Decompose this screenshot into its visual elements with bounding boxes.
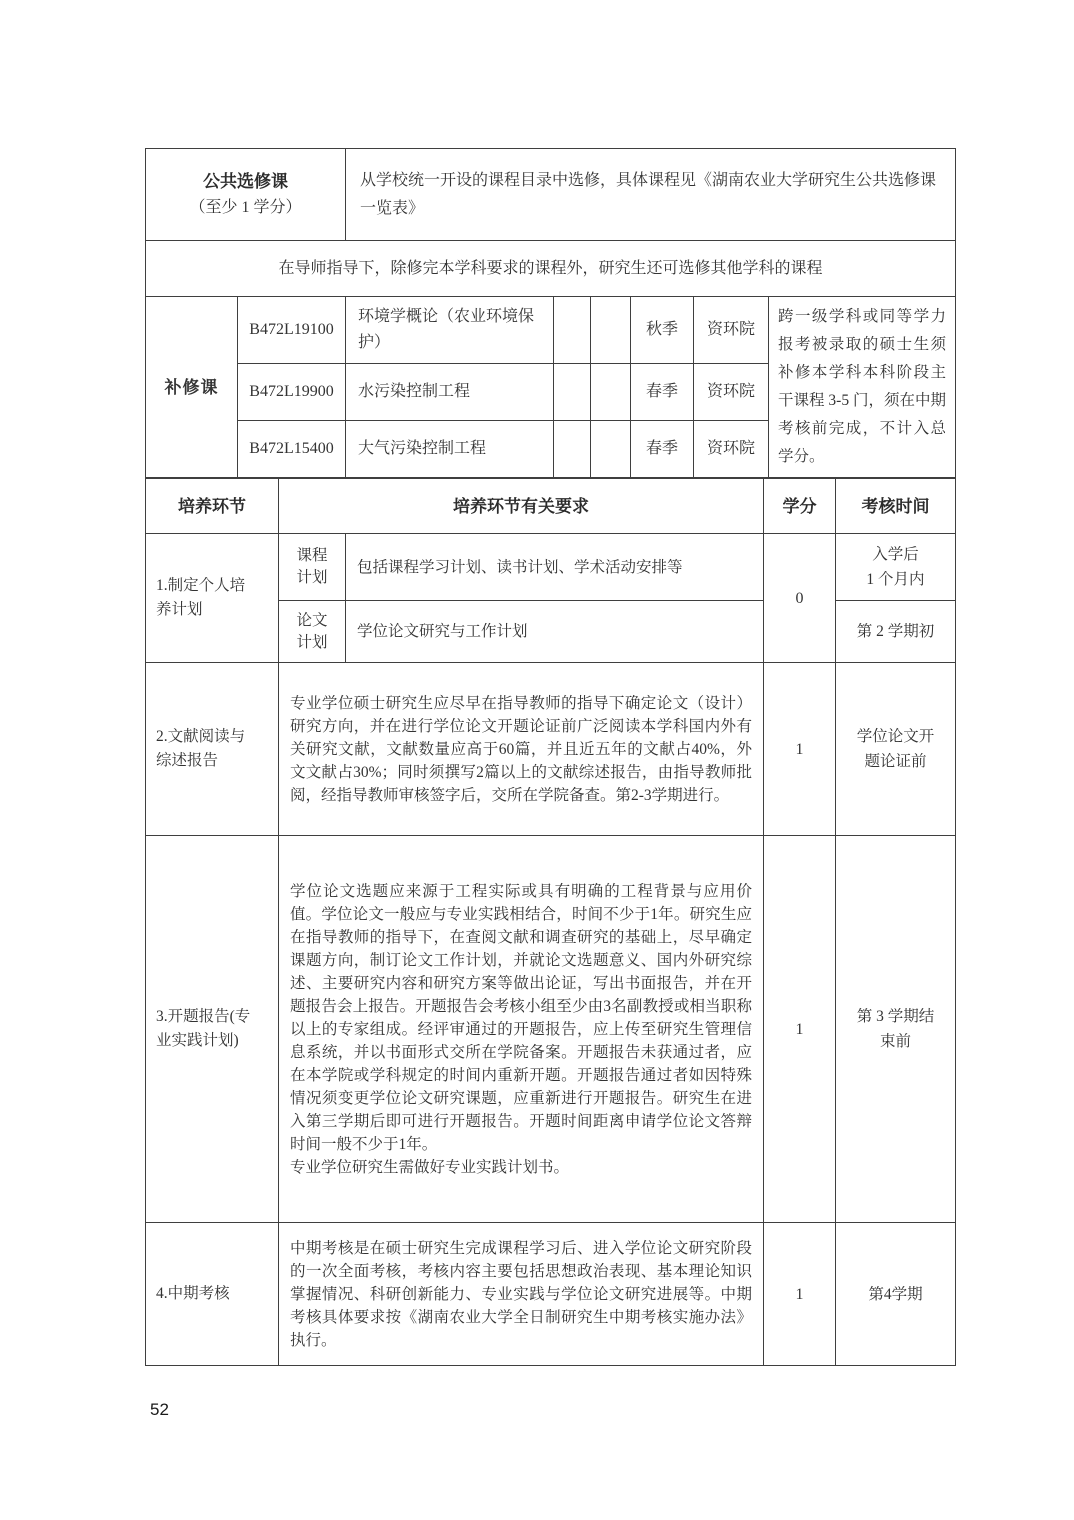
midterm-requirement-text: 中期考核是在硕士研究生完成课程学习后、进入学位论文研究阶段的一次全面考核，考核内…	[279, 1223, 764, 1366]
header-credits: 学分	[764, 479, 836, 534]
document-page: { "page_number": "52", "upper": { "publi…	[0, 0, 1074, 1520]
empty-cell	[554, 363, 591, 420]
header-assessment-time: 考核时间	[836, 479, 956, 534]
course-term: 春季	[631, 420, 694, 477]
stage-label: 1.制定个人培 养计划	[146, 534, 279, 663]
public-elective-title: 公共选修课	[154, 169, 337, 195]
stage-credits: 1	[764, 836, 836, 1223]
course-name: 大气污染控制工程	[346, 420, 554, 477]
stage-row-midterm: 4.中期考核 中期考核是在硕士研究生完成课程学习后、进入学位论文研究阶段的一次全…	[146, 1223, 956, 1366]
advisor-note-row: 在导师指导下，除修完本学科要求的课程外，研究生还可选修其他学科的课程	[146, 241, 956, 297]
stage-row-literature: 2.文献阅读与 综述报告 专业学位硕士研究生应尽早在指导教师的指导下确定论文（设…	[146, 663, 956, 836]
assessment-time: 第 2 学期初	[836, 601, 956, 663]
assessment-time: 第 3 学期结 束前	[836, 836, 956, 1223]
empty-cell	[591, 297, 631, 364]
course-name: 水污染控制工程	[346, 363, 554, 420]
public-elective-header-cell: 公共选修课 （至少 1 学分）	[146, 149, 346, 241]
thesis-plan-text: 学位论文研究与工作计划	[346, 601, 764, 663]
stage-row-plan: 1.制定个人培 养计划 课程 计划 包括课程学习计划、读书计划、学术活动安排等 …	[146, 534, 956, 601]
public-elective-row: 公共选修课 （至少 1 学分） 从学校统一开设的课程目录中选修，具体课程见《湖南…	[146, 149, 956, 241]
stage-credits: 1	[764, 663, 836, 836]
makeup-course-note: 跨一级学科或同等学力报考被录取的硕士生须补修本学科本科阶段主干课程 3-5 门，…	[769, 297, 956, 478]
header-stage: 培养环节	[146, 479, 279, 534]
thesis-plan-label: 论文 计划	[279, 601, 346, 663]
makeup-course-label: 补修课	[146, 297, 238, 478]
page-number: 52	[150, 1400, 169, 1420]
training-stage-table: 培养环节 培养环节有关要求 学分 考核时间 1.制定个人培 养计划 课程 计划 …	[145, 478, 956, 1366]
empty-cell	[591, 420, 631, 477]
course-term: 春季	[631, 363, 694, 420]
course-plan-label: 课程 计划	[279, 534, 346, 601]
empty-cell	[591, 363, 631, 420]
makeup-course-row: 补修课 B472L19100 环境学概论（农业环境保护） 秋季 资环院 跨一级学…	[146, 297, 956, 364]
public-elective-credit-note: （至少 1 学分）	[154, 195, 337, 221]
public-elective-description: 从学校统一开设的课程目录中选修，具体课程见《湖南农业大学研究生公共选修课一览表》	[346, 149, 956, 241]
advisor-note: 在导师指导下，除修完本学科要求的课程外，研究生还可选修其他学科的课程	[146, 241, 956, 297]
assessment-time: 第4学期	[836, 1223, 956, 1366]
course-name: 环境学概论（农业环境保护）	[346, 297, 554, 364]
assessment-time: 入学后 1 个月内	[836, 534, 956, 601]
empty-cell	[554, 420, 591, 477]
empty-cell	[554, 297, 591, 364]
course-section-table: 公共选修课 （至少 1 学分） 从学校统一开设的课程目录中选修，具体课程见《湖南…	[145, 148, 956, 478]
literature-requirement-text: 专业学位硕士研究生应尽早在指导教师的指导下确定论文（设计）研究方向，并在进行学位…	[279, 663, 764, 836]
training-program-table: 公共选修课 （至少 1 学分） 从学校统一开设的课程目录中选修，具体课程见《湖南…	[145, 148, 955, 1366]
course-college: 资环院	[694, 420, 769, 477]
proposal-requirement-text: 学位论文选题应来源于工程实际或具有明确的工程背景与应用价值。学位论文一般应与专业…	[279, 836, 764, 1223]
stage-label: 3.开题报告(专 业实践计划)	[146, 836, 279, 1223]
course-code: B472L19900	[238, 363, 346, 420]
stage-credits: 0	[764, 534, 836, 663]
stage-label: 2.文献阅读与 综述报告	[146, 663, 279, 836]
stage-label: 4.中期考核	[146, 1223, 279, 1366]
course-code: B472L19100	[238, 297, 346, 364]
stage-row-proposal: 3.开题报告(专 业实践计划) 学位论文选题应来源于工程实际或具有明确的工程背景…	[146, 836, 956, 1223]
course-college: 资环院	[694, 297, 769, 364]
course-plan-text: 包括课程学习计划、读书计划、学术活动安排等	[346, 534, 764, 601]
assessment-time: 学位论文开 题论证前	[836, 663, 956, 836]
stage-credits: 1	[764, 1223, 836, 1366]
stage-header-row: 培养环节 培养环节有关要求 学分 考核时间	[146, 479, 956, 534]
course-term: 秋季	[631, 297, 694, 364]
course-code: B472L15400	[238, 420, 346, 477]
course-college: 资环院	[694, 363, 769, 420]
header-requirements: 培养环节有关要求	[279, 479, 764, 534]
